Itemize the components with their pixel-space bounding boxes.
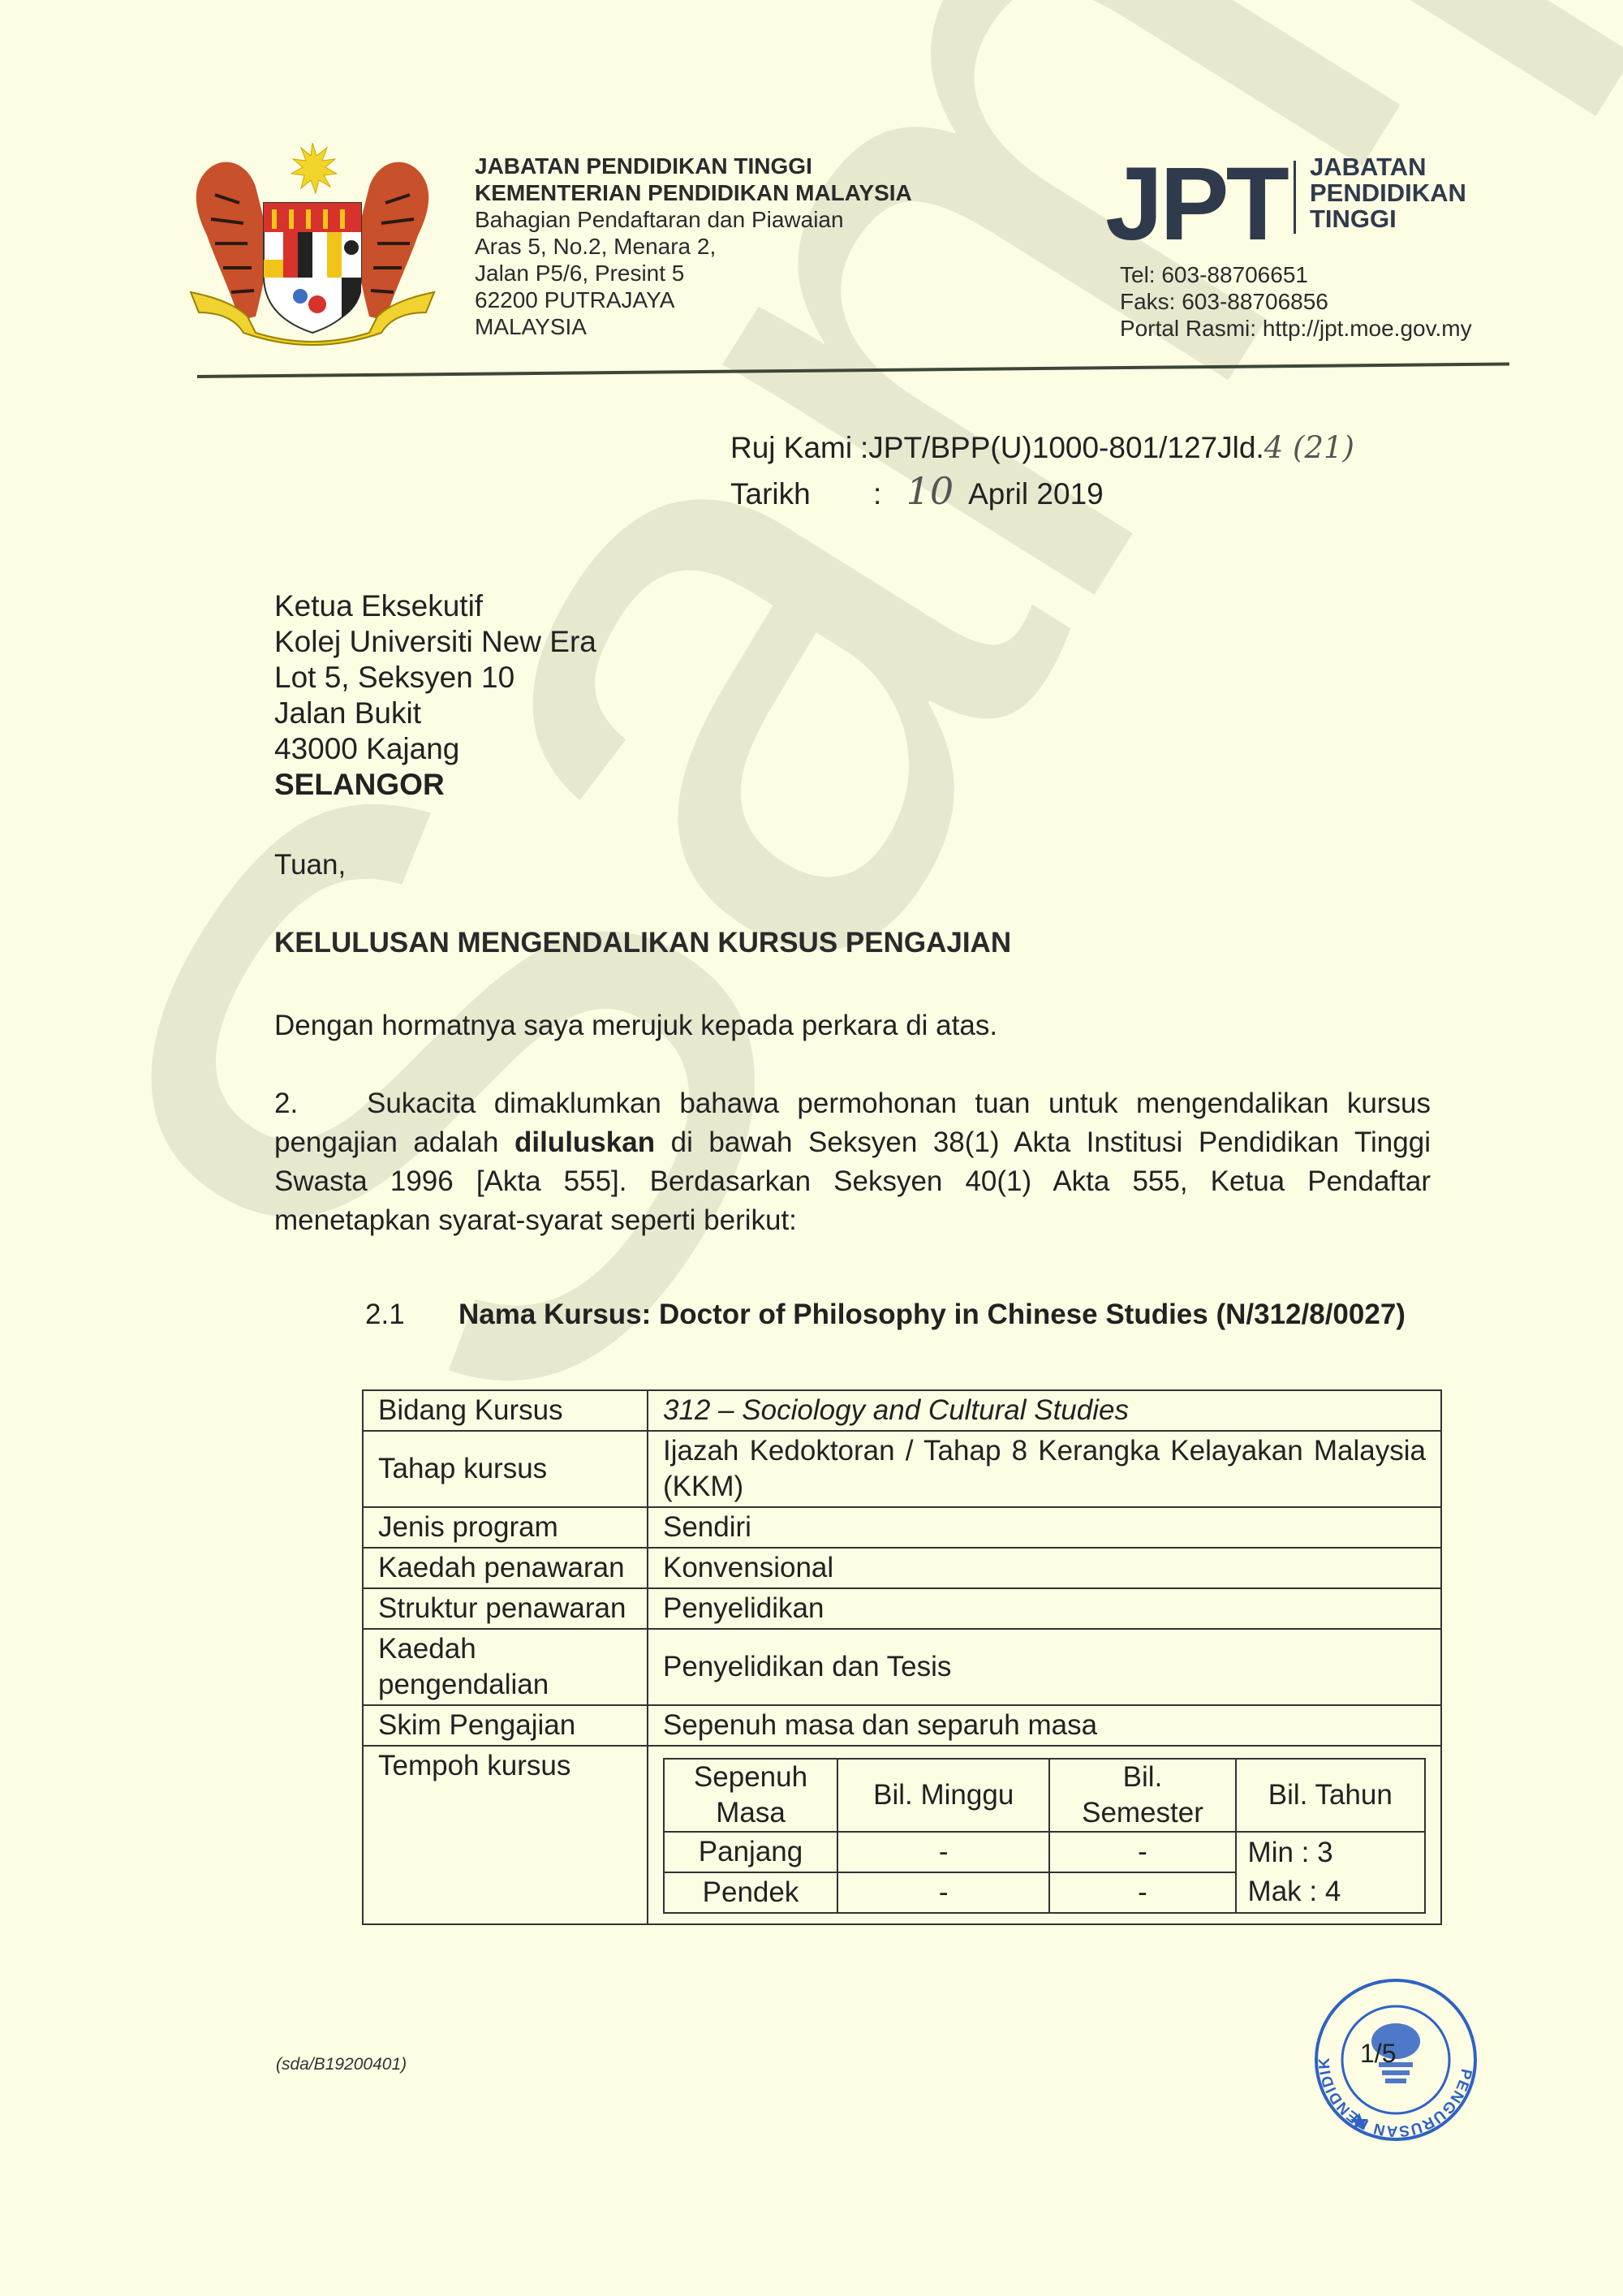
tahun-max: Mak : 4	[1248, 1872, 1419, 1911]
recipient-line: Ketua Eksekutif	[274, 588, 596, 624]
row-key: Struktur penawaran	[363, 1588, 648, 1629]
logo-name-line: JABATAN	[1310, 154, 1466, 180]
header-divider	[197, 362, 1509, 378]
subject-heading: KELULUSAN MENGENDALIKAN KURSUS PENGAJIAN	[274, 927, 1011, 959]
table-row: Jenis program Sendiri	[363, 1507, 1441, 1548]
duration-tahun: Min : 3 Mak : 4	[1236, 1832, 1425, 1913]
row-key: Kaedah pengendalian	[363, 1629, 648, 1705]
row-value: Penyelidikan dan Tesis	[648, 1629, 1441, 1705]
logo-name-line: TINGGI	[1310, 206, 1466, 232]
table-row: Bidang Kursus 312 – Sociology and Cultur…	[363, 1390, 1441, 1431]
salutation: Tuan,	[274, 849, 346, 881]
row-value: Penyelidikan	[648, 1588, 1441, 1629]
letterhead-address: JABATAN PENDIDIKAN TINGGI KEMENTERIAN PE…	[475, 153, 912, 340]
duration-label: Panjang	[664, 1832, 837, 1872]
malaysia-crest-icon	[183, 138, 442, 349]
row-key: Kaedah penawaran	[363, 1548, 648, 1588]
letterhead-line: KEMENTERIAN PENDIDIKAN MALAYSIA	[475, 179, 912, 206]
tel: Tel: 603-88706651	[1120, 261, 1472, 288]
duration-header: Bil. Minggu	[837, 1759, 1049, 1832]
tahun-min: Min : 3	[1248, 1833, 1419, 1872]
course-name: Nama Kursus: Doctor of Philosophy in Chi…	[458, 1295, 1432, 1334]
paragraph-number: 2.	[274, 1084, 367, 1123]
logo-name-line: PENDIDIKAN	[1310, 180, 1466, 206]
letterhead-line: MALAYSIA	[475, 313, 912, 340]
portal-link[interactable]: Portal Rasmi: http://jpt.moe.gov.my	[1120, 315, 1472, 342]
tarikh-rest: April 2019	[968, 477, 1104, 510]
duration-header-text: Sepenuh Masa	[690, 1760, 811, 1831]
duration-header: Bil. Tahun	[1236, 1759, 1425, 1832]
tarikh-colon: :	[873, 477, 881, 511]
ruj-handwritten: 4 (21)	[1264, 430, 1354, 465]
row-value: Konvensional	[648, 1548, 1441, 1588]
letterhead-line: 62200 PUTRAJAYA	[475, 286, 912, 313]
recipient-line: Kolej Universiti New Era	[274, 624, 596, 660]
row-value: 312 – Sociology and Cultural Studies	[648, 1390, 1441, 1431]
ruj-label: Ruj Kami	[730, 431, 860, 465]
fax: Faks: 603-88706856	[1120, 288, 1472, 315]
duration-label: Pendek	[664, 1872, 837, 1913]
recipient-line: Lot 5, Seksyen 10	[274, 660, 596, 696]
reference-line: Ruj Kami:JPT/BPP(U)1000-801/127Jld.4 (21…	[730, 430, 1354, 465]
section-number: 2.1	[365, 1295, 405, 1334]
table-row: Kaedah penawaran Konvensional	[363, 1548, 1441, 1588]
table-row: Struktur penawaran Penyelidikan	[363, 1588, 1441, 1629]
duration-table: Sepenuh Masa Bil. Minggu Bil. Semester B…	[663, 1758, 1426, 1914]
row-key-text: Kaedah pengendalian	[378, 1631, 540, 1703]
jpt-logo-name: JABATAN PENDIDIKAN TINGGI	[1310, 154, 1466, 232]
table-row: Kaedah pengendalian Penyelidikan dan Tes…	[363, 1629, 1441, 1705]
duration-minggu: -	[837, 1832, 1049, 1872]
logo-divider	[1294, 161, 1296, 234]
duration-header-row: Sepenuh Masa Bil. Minggu Bil. Semester B…	[664, 1759, 1425, 1832]
duration-header-text: Bil. Semester	[1082, 1760, 1203, 1831]
file-reference: (sda/B19200401)	[276, 2055, 407, 2074]
tarikh-label: Tarikh	[730, 477, 860, 511]
duration-cell: Sepenuh Masa Bil. Minggu Bil. Semester B…	[648, 1746, 1441, 1924]
table-row: Tahap kursus Ijazah Kedoktoran / Tahap 8…	[363, 1431, 1441, 1507]
row-key: Jenis program	[363, 1507, 648, 1548]
row-value: Ijazah Kedoktoran / Tahap 8 Kerangka Kel…	[648, 1431, 1441, 1507]
jpt-logo: JPT	[1105, 153, 1286, 256]
recipient-address: Ketua Eksekutif Kolej Universiti New Era…	[274, 588, 596, 803]
letterhead-line: Bahagian Pendaftaran dan Piawaian	[475, 206, 912, 233]
row-key: Tempoh kursus	[363, 1746, 648, 1924]
date-line: Tarikh: 10April 2019	[730, 469, 1104, 513]
duration-minggu: -	[837, 1872, 1049, 1913]
page-number: 1/5	[1360, 2039, 1396, 2069]
duration-header: Sepenuh Masa	[664, 1759, 837, 1832]
row-value: Sepenuh masa dan separuh masa	[648, 1705, 1441, 1746]
duration-semester: -	[1049, 1832, 1235, 1872]
row-key: Bidang Kursus	[363, 1390, 648, 1431]
recipient-line: Jalan Bukit	[274, 696, 596, 731]
ruj-value: :JPT/BPP(U)1000-801/127Jld.	[860, 431, 1264, 464]
letterhead-line: Aras 5, No.2, Menara 2,	[475, 233, 912, 260]
letterhead-line: Jalan P5/6, Presint 5	[475, 260, 912, 286]
table-row: Tempoh kursus Sepenuh Masa Bil. Minggu B…	[363, 1746, 1441, 1924]
approval-word: diluluskan	[514, 1126, 655, 1158]
row-key: Tahap kursus	[363, 1431, 648, 1507]
row-value: Sendiri	[648, 1507, 1441, 1548]
duration-semester: -	[1049, 1872, 1235, 1913]
course-details-table: Bidang Kursus 312 – Sociology and Cultur…	[362, 1389, 1442, 1925]
row-key: Skim Pengajian	[363, 1705, 648, 1746]
duration-header: Bil. Semester	[1049, 1759, 1235, 1832]
recipient-state: SELANGOR	[274, 767, 596, 803]
table-row: Skim Pengajian Sepenuh masa dan separuh …	[363, 1705, 1441, 1746]
recipient-line: 43000 Kajang	[274, 731, 596, 767]
duration-row: Panjang - - Min : 3 Mak : 4	[664, 1832, 1425, 1872]
opening-sentence: Dengan hormatnya saya merujuk kepada per…	[274, 1010, 997, 1042]
paragraph-2: 2.Sukacita dimaklumkan bahawa permohonan…	[274, 1084, 1431, 1240]
tarikh-day-handwritten: 10	[906, 469, 954, 513]
letterhead-line: JABATAN PENDIDIKAN TINGGI	[475, 153, 912, 179]
letterhead-contact: Tel: 603-88706651 Faks: 603-88706856 Por…	[1120, 261, 1472, 342]
